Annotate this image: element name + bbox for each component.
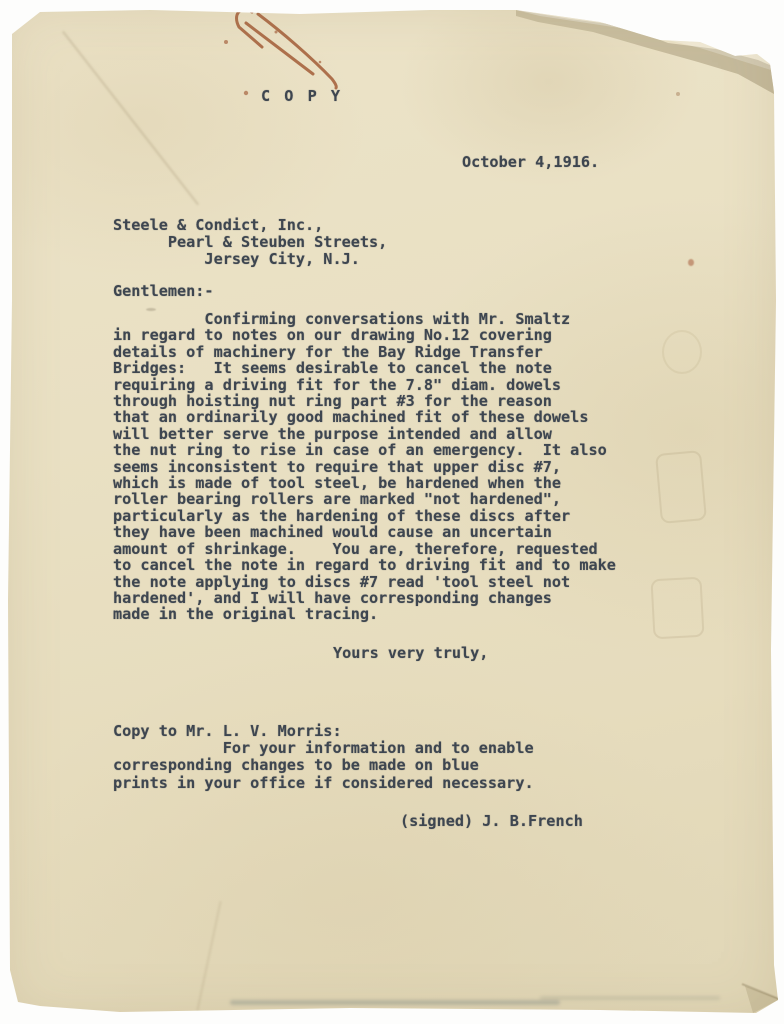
letter-paper: C O P Y October 4,1916. Steele & Condict… [0, 0, 784, 1024]
bleedthrough-mark [655, 450, 707, 524]
cc-note: Copy to Mr. L. V. Morris: For your infor… [113, 723, 534, 792]
recipient-address: Steele & Condict, Inc., Pearl & Steuben … [113, 217, 387, 269]
letter-body: Confirming conversations with Mr. Smaltz… [113, 311, 616, 623]
copy-label: C O P Y [261, 88, 343, 104]
bottom-smudge [540, 996, 720, 1000]
closing-line: Yours very truly, [333, 645, 488, 661]
rust-speck [688, 259, 694, 266]
bottom-left-crease [196, 901, 221, 1011]
bottom-smudge [230, 1000, 560, 1005]
scanned-letter-page: C O P Y October 4,1916. Steele & Condict… [0, 0, 784, 1024]
date-line: October 4,1916. [462, 154, 599, 170]
age-speck [676, 92, 680, 96]
signature-line: (signed) J. B.French [400, 813, 583, 829]
salutation: Gentlemen:- [113, 283, 214, 299]
bleedthrough-mark [662, 330, 702, 374]
bleedthrough-mark [650, 577, 704, 640]
top-left-crease [62, 31, 199, 205]
